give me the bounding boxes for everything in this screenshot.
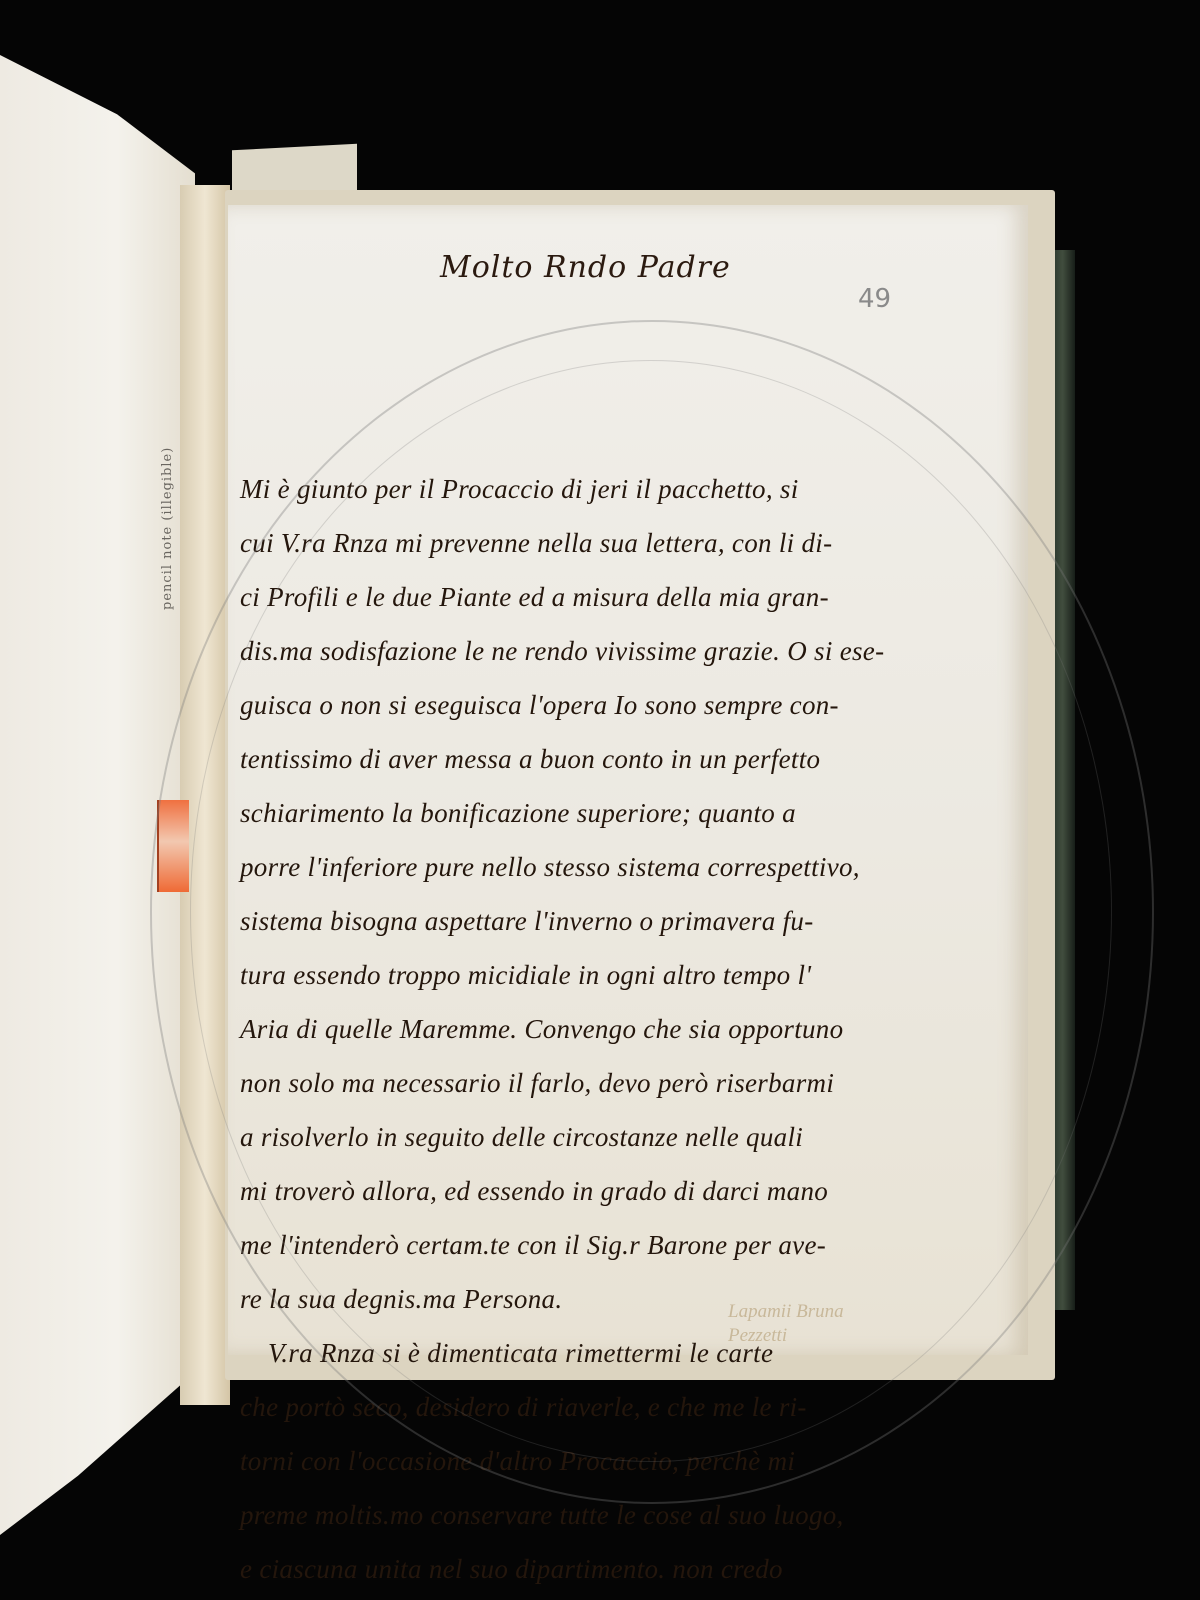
text-line: e ciascuna unita nel suo dipartimento. n… <box>240 1542 1030 1596</box>
text-line-paragraph-start: V.ra Rnza si è dimenticata rimettermi le… <box>240 1326 1030 1380</box>
book-gutter <box>180 185 230 1405</box>
text-line: cui V.ra Rnza mi prevenne nella sua lett… <box>240 516 1030 570</box>
text-line: guisca o non si eseguisca l'opera Io son… <box>240 678 1030 732</box>
faint-bleedthrough-stamp: Lapamii Bruna Pezzetti <box>728 1300 844 1348</box>
text-line: tura essendo troppo micidiale in ogni al… <box>240 948 1030 1002</box>
text-line: Mi è giunto per il Procaccio di jeri il … <box>240 462 1030 516</box>
folio-number: 49 <box>858 284 891 314</box>
text-line: mi troverò allora, ed essendo in grado d… <box>240 1164 1030 1218</box>
letter-salutation: Molto Rndo Padre <box>440 250 731 285</box>
stamp-line: Pezzetti <box>728 1324 844 1348</box>
text-line: torni con l'occasione d'altro Procaccio,… <box>240 1434 1030 1488</box>
text-line: me l'intenderò certam.te con il Sig.r Ba… <box>240 1218 1030 1272</box>
text-line: preme moltis.mo conservare tutte le cose… <box>240 1488 1030 1542</box>
text-line: dis.ma sodisfazione le ne rendo vivissim… <box>240 624 1030 678</box>
left-blank-page <box>0 55 195 1535</box>
text-line: sistema bisogna aspettare l'inverno o pr… <box>240 894 1030 948</box>
red-seal-fragment <box>157 800 189 892</box>
text-line: a risolverlo in seguito delle circostanz… <box>240 1110 1030 1164</box>
text-line: re la sua degnis.ma Persona. <box>240 1272 1030 1326</box>
text-line: tentissimo di aver messa a buon conto in… <box>240 732 1030 786</box>
letter-body: Mi è giunto per il Procaccio di jeri il … <box>240 462 1030 1596</box>
text-line: non solo ma necessario il farlo, devo pe… <box>240 1056 1030 1110</box>
text-line: porre l'inferiore pure nello stesso sist… <box>240 840 1030 894</box>
text-line: schiarimento la bonificazione superiore;… <box>240 786 1030 840</box>
text-line: che portò seco, desidero di riaverle, e … <box>240 1380 1030 1434</box>
text-line: ci Profili e le due Piante ed a misura d… <box>240 570 1030 624</box>
margin-pencil-note: pencil note (illegible) <box>160 400 180 610</box>
stamp-line: Lapamii Bruna <box>728 1300 844 1324</box>
text-line: Aria di quelle Maremme. Convengo che sia… <box>240 1002 1030 1056</box>
